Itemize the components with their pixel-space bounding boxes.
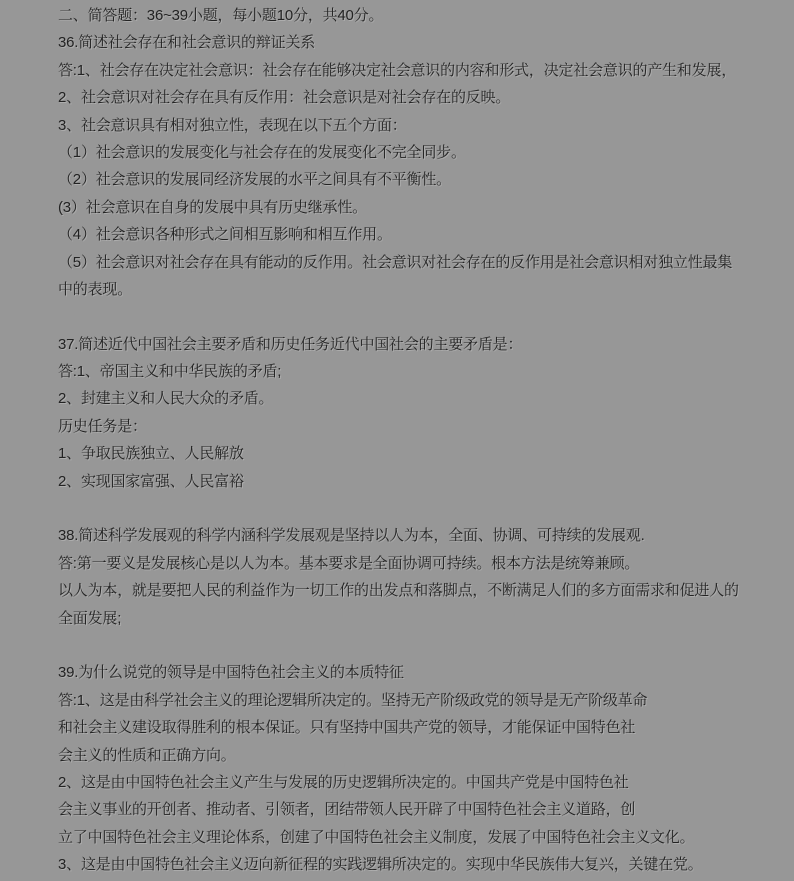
section-title: 二、简答题：36~39小题，每小题10分，共40分。 — [58, 2, 758, 29]
answer-line: (3）社会意识在自身的发展中具有历史继承性。 — [58, 194, 758, 221]
answer-line: 2、实现国家富强、人民富裕 — [58, 468, 758, 495]
answer-line: 答:1、社会存在决定社会意识：社会存在能够决定社会意识的内容和形式，决定社会意识… — [58, 57, 758, 84]
section-header: 二、简答题：36~39小题，每小题10分，共40分。 — [58, 2, 758, 29]
answer-line: 会主义事业的开创者、推动者、引领者，团结带领人民开辟了中国特色社会主义道路，创 — [58, 796, 758, 823]
answer-line: 中的表现。 — [58, 276, 758, 303]
answer-line: 答:第一要义是发展核心是以人为本。基本要求是全面协调可持续。根本方法是统筹兼顾。 — [58, 550, 758, 577]
question-38-title: 38.简述科学发展观的科学内涵科学发展观是坚持以人为本，全面、协调、可持续的发展… — [58, 522, 758, 549]
answer-line: 以人为本，就是要把人民的利益作为一切工作的出发点和落脚点，不断满足人们的多方面需… — [58, 577, 758, 604]
answer-line: 和社会主义建设取得胜利的根本保证。只有坚持中国共产党的领导，才能保证中国特色社 — [58, 714, 758, 741]
document-page: 二、简答题：36~39小题，每小题10分，共40分。 36.简述社会存在和社会意… — [0, 0, 794, 881]
answer-line: （2）社会意识的发展同经济发展的水平之间具有不平衡性。 — [58, 166, 758, 193]
question-37-block: 37.简述近代中国社会主要矛盾和历史任务近代中国社会的主要矛盾是： 答:1、帝国… — [58, 331, 758, 495]
answer-line: 2、这是由中国特色社会主义产生与发展的历史逻辑所决定的。中国共产党是中国特色社 — [58, 769, 758, 796]
answer-line: （1）社会意识的发展变化与社会存在的发展变化不完全同步。 — [58, 139, 758, 166]
answer-line: 会主义的性质和正确方向。 — [58, 742, 758, 769]
answer-line: 2、封建主义和人民大众的矛盾。 — [58, 385, 758, 412]
question-37-title: 37.简述近代中国社会主要矛盾和历史任务近代中国社会的主要矛盾是： — [58, 331, 758, 358]
answer-line: （5）社会意识对社会存在具有能动的反作用。社会意识对社会存在的反作用是社会意识相… — [58, 249, 758, 276]
question-36-block: 36.简述社会存在和社会意识的辩证关系 答:1、社会存在决定社会意识：社会存在能… — [58, 29, 758, 303]
answer-line: 历史任务是： — [58, 413, 758, 440]
answer-line: 1、争取民族独立、人民解放 — [58, 440, 758, 467]
answer-line: 答:1、这是由科学社会主义的理论逻辑所决定的。坚持无产阶级政党的领导是无产阶级革… — [58, 687, 758, 714]
question-36-title: 36.简述社会存在和社会意识的辩证关系 — [58, 29, 758, 56]
answer-line: 3、这是由中国特色社会主义迈向新征程的实践逻辑所决定的。实现中华民族伟大复兴，关… — [58, 851, 758, 878]
answer-line: 2、社会意识对社会存在具有反作用：社会意识是对社会存在的反映。 — [58, 84, 758, 111]
answer-line: 3、社会意识具有相对独立性，表现在以下五个方面： — [58, 112, 758, 139]
question-39-title: 39.为什么说党的领导是中国特色社会主义的本质特征 — [58, 659, 758, 686]
answer-line: 答:1、帝国主义和中华民族的矛盾; — [58, 358, 758, 385]
question-38-block: 38.简述科学发展观的科学内涵科学发展观是坚持以人为本，全面、协调、可持续的发展… — [58, 522, 758, 632]
answer-line: 立了中国特色社会主义理论体系，创建了中国特色社会主义制度，发展了中国特色社会主义… — [58, 824, 758, 851]
answer-line: （4）社会意识各种形式之间相互影响和相互作用。 — [58, 221, 758, 248]
question-39-block: 39.为什么说党的领导是中国特色社会主义的本质特征 答:1、这是由科学社会主义的… — [58, 659, 758, 878]
answer-line: 全面发展; — [58, 605, 758, 632]
